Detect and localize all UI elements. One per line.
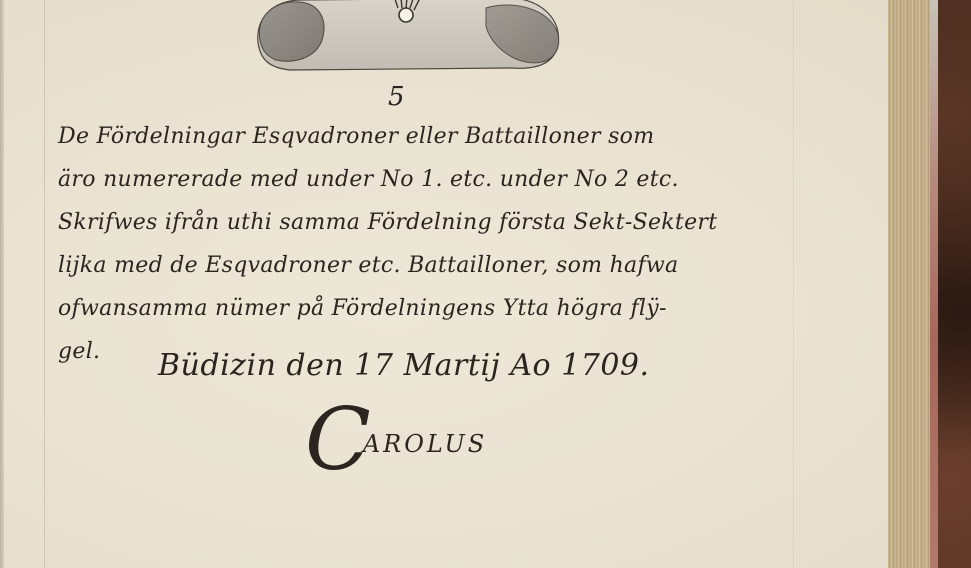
manuscript-text: De Fördelningar Esqvadroner eller Battai… <box>58 115 798 373</box>
text-line: lijka med de Esqvadroner etc. Battaillon… <box>58 244 798 287</box>
gutter-strip <box>0 0 4 568</box>
text-line: De Fördelningar Esqvadroner eller Battai… <box>58 115 798 158</box>
text-line: ofwansamma nümer på Fördelningens Ytta h… <box>58 287 798 330</box>
text-line: Skrifwes ifrån uthi samma Fördelning för… <box>58 201 798 244</box>
signature-initial: C <box>305 400 371 480</box>
manuscript-page: 5 De Fördelningar Esqvadroner eller Batt… <box>0 0 971 568</box>
text-line: äro numererade med under No 1. etc. unde… <box>58 158 798 201</box>
signature-name: AROLUS <box>363 430 487 458</box>
marbled-cover <box>938 0 971 568</box>
place-and-date-line: Büdizin den 17 Martij Ao 1709. <box>158 348 650 383</box>
tricorn-hat-illustration <box>250 0 565 75</box>
signature: C AROLUS <box>305 400 487 480</box>
left-margin-rule <box>44 0 45 568</box>
book-fore-edge <box>888 0 971 568</box>
page-stack-edge <box>888 0 930 568</box>
figure-number: 5 <box>388 82 405 112</box>
binding-strip <box>930 0 938 568</box>
